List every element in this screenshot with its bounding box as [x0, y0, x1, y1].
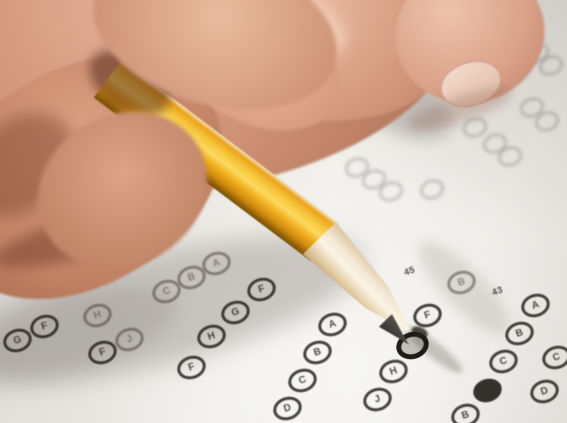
photo-scene-answer-sheet: HJCBABGFFFHGFDCBAJHFBCBACD4543 [0, 0, 567, 423]
pencil-wood-tip [303, 222, 428, 349]
